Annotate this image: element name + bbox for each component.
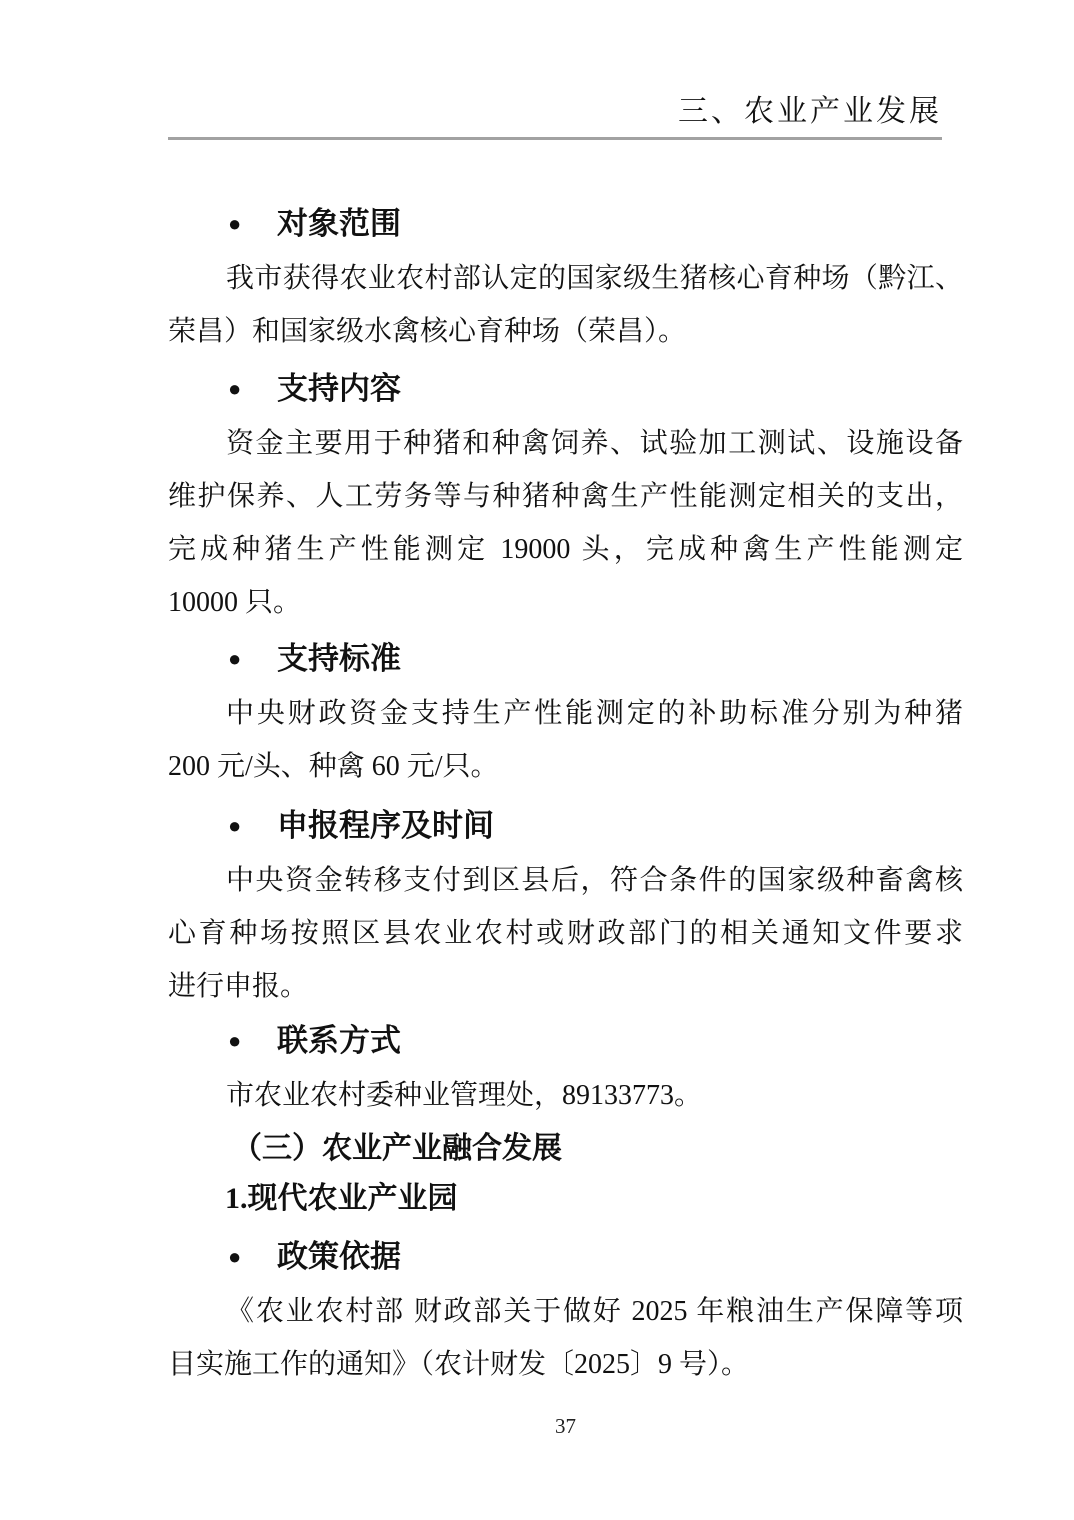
paragraph-application-procedure: 中央资金转移支付到区县后，符合条件的国家级种畜禽核 心育种场按照区县农业农村或财… xyxy=(168,854,963,1013)
paragraph-line: 中央财政资金支持生产性能测定的补助标准分别为种猪 xyxy=(168,687,963,740)
bullet-icon: ● xyxy=(228,631,277,687)
paragraph-line: 目实施工作的通知》（农计财发〔2025〕9 号）。 xyxy=(168,1338,963,1391)
bullet-heading-policy-basis: ● 政策依据 xyxy=(168,1229,963,1285)
sub-heading-modern-agri-park: 1.现代农业产业园 xyxy=(168,1175,963,1223)
paragraph-line: 200 元/头、种禽 60 元/只。 xyxy=(168,740,963,793)
bullet-icon: ● xyxy=(228,1229,277,1285)
document-page: 三、农业产业发展 ● 对象范围 我市获得农业农村部认定的国家级生猪核心育种场（黔… xyxy=(0,0,1074,1520)
paragraph-contact: 市农业农村委种业管理处，89133773。 xyxy=(168,1069,963,1122)
bullet-icon: ● xyxy=(228,361,277,417)
paragraph-line: 维护保养、人工劳务等与种猪种禽生产性能测定相关的支出， xyxy=(168,470,963,523)
paragraph-line: 市农业农村委种业管理处，89133773。 xyxy=(168,1069,963,1122)
bullet-heading-support-standard: ● 支持标准 xyxy=(168,631,963,687)
bullet-heading-support-content: ● 支持内容 xyxy=(168,361,963,417)
page-number: 37 xyxy=(168,1414,963,1439)
bullet-heading-contact: ● 联系方式 xyxy=(168,1013,963,1069)
bullet-heading-target-scope: ● 对象范围 xyxy=(168,196,963,252)
paragraph-line: 完成种猪生产性能测定 19000 头，完成种禽生产性能测定 xyxy=(168,523,963,576)
paragraph-line: 我市获得农业农村部认定的国家级生猪核心育种场（黔江、 xyxy=(168,252,963,305)
paragraph-support-content: 资金主要用于种猪和种禽饲养、试验加工测试、设施设备 维护保养、人工劳务等与种猪种… xyxy=(168,417,963,629)
paragraph-line: 心育种场按照区县农业农村或财政部门的相关通知文件要求 xyxy=(168,907,963,960)
paragraph-line: 进行申报。 xyxy=(168,960,963,1013)
document-body: ● 对象范围 我市获得农业农村部认定的国家级生猪核心育种场（黔江、 荣昌）和国家… xyxy=(168,196,963,1391)
section-heading-industry-integration: （三）农业产业融合发展 xyxy=(168,1122,963,1175)
paragraph-line: 荣昌）和国家级水禽核心育种场（荣昌）。 xyxy=(168,305,963,358)
bullet-icon: ● xyxy=(228,1013,277,1069)
running-header: 三、农业产业发展 xyxy=(168,90,942,134)
bullet-heading-label: 联系方式 xyxy=(277,1013,401,1069)
paragraph-line: 资金主要用于种猪和种禽饲养、试验加工测试、设施设备 xyxy=(168,417,963,470)
paragraph-support-standard: 中央财政资金支持生产性能测定的补助标准分别为种猪 200 元/头、种禽 60 元… xyxy=(168,687,963,793)
bullet-heading-application-procedure: ● 申报程序及时间 xyxy=(168,798,963,854)
bullet-heading-label: 政策依据 xyxy=(277,1229,401,1285)
bullet-heading-label: 支持标准 xyxy=(277,631,401,687)
header-rule xyxy=(168,137,942,140)
paragraph-line: 中央资金转移支付到区县后，符合条件的国家级种畜禽核 xyxy=(168,854,963,907)
bullet-icon: ● xyxy=(228,798,277,854)
bullet-heading-label: 申报程序及时间 xyxy=(277,798,494,854)
bullet-icon: ● xyxy=(228,196,277,252)
paragraph-target-scope: 我市获得农业农村部认定的国家级生猪核心育种场（黔江、 荣昌）和国家级水禽核心育种… xyxy=(168,252,963,358)
bullet-heading-label: 对象范围 xyxy=(277,196,401,252)
paragraph-line: 《农业农村部 财政部关于做好 2025 年粮油生产保障等项 xyxy=(168,1285,963,1338)
paragraph-policy-basis: 《农业农村部 财政部关于做好 2025 年粮油生产保障等项 目实施工作的通知》（… xyxy=(168,1285,963,1391)
paragraph-line: 10000 只。 xyxy=(168,576,963,629)
bullet-heading-label: 支持内容 xyxy=(277,361,401,417)
